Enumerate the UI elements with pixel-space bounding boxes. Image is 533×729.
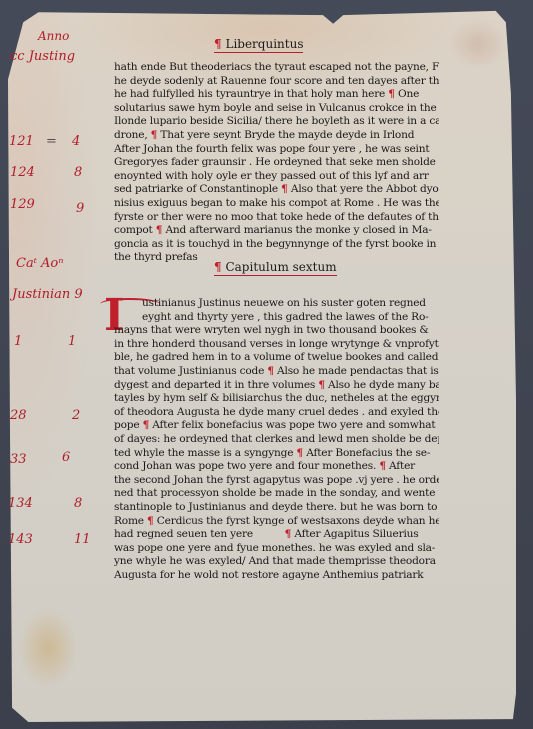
margin-year-6: 33	[10, 453, 27, 466]
text-line: ted whyle the masse is a syngynge ¶ Afte…	[114, 447, 439, 461]
text-line: Augusta for he wold not restore agayne A…	[114, 569, 439, 583]
margin-num-7: 8	[74, 497, 82, 510]
margin-year-5: 28	[10, 409, 27, 422]
margin-note-justin: cc Justing	[10, 50, 75, 63]
text-block-2: ustinianus Justinus neuewe on his suster…	[114, 297, 439, 582]
margin-num-4: 1	[68, 335, 76, 348]
text-line: goncia as it is touchyd in the begynnyng…	[114, 238, 439, 252]
text-line: yne whyle he was exyled/ And that made t…	[114, 555, 439, 569]
running-head: ¶ Liberquintus	[214, 37, 303, 53]
text-line: was pope one yere and fyue monethes. he …	[114, 542, 439, 556]
text-line: eyght and thyrty yere , this gadred the …	[114, 311, 439, 325]
margin-num-2: 8	[74, 166, 82, 179]
text-line: ustinianus Justinus neuewe on his suster…	[114, 297, 439, 311]
text-line: fyrste or ther were no moo that toke hed…	[114, 211, 439, 225]
pilcrow-icon: ¶	[285, 528, 292, 540]
text-block-1: hath ende But theoderiacs the tyraut esc…	[114, 61, 439, 265]
margin-note-justinian: Justinian 9	[12, 288, 83, 301]
margin-num-6: 6	[62, 451, 70, 464]
margin-year-4: 1	[14, 335, 22, 348]
chapter-heading: ¶ Capitulum sextum	[214, 260, 337, 276]
text-line: After Johan the fourth felix was pope fo…	[114, 143, 439, 157]
text-line: ble, he gadred hem in to a volume of twe…	[114, 351, 439, 365]
text-line: compot ¶ And afterward marianus the monk…	[114, 224, 439, 238]
margin-year-3: 129	[10, 198, 35, 211]
chapter-heading-text: Capitulum sextum	[225, 260, 336, 274]
pilcrow-icon: ¶	[281, 183, 288, 195]
text-line: stantinople to Justinianus and deyde the…	[114, 501, 439, 515]
margin-num-3: 9	[76, 202, 84, 215]
margin-note-capitulum-anno: Caᵗ Aoⁿ	[16, 257, 64, 270]
margin-num-1: 4	[72, 135, 80, 148]
text-line: he had fulfylled his tyrauntrye in that …	[114, 88, 439, 102]
text-line: cond Johan was pope two yere and four mo…	[114, 460, 439, 474]
pilcrow-icon: ¶	[151, 129, 158, 141]
text-line: that volume Justinianus code ¶ Also he m…	[114, 365, 439, 379]
margin-year-2: 124	[10, 166, 35, 179]
running-head-text: Liberquintus	[225, 37, 303, 51]
margin-note-anno: Anno	[38, 30, 69, 42]
margin-num-5: 2	[72, 409, 80, 422]
text-line: in thre honderd thousand verses in longe…	[114, 338, 439, 352]
pilcrow-icon: ¶	[156, 224, 163, 236]
text-line: solutarius sawe hym boyle and seise in V…	[114, 102, 439, 116]
pilcrow-icon: ¶	[267, 365, 274, 377]
text-line: hath ende But theoderiacs the tyraut esc…	[114, 61, 439, 75]
text-line: he deyde sodenly at Rauenne four score a…	[114, 75, 439, 89]
text-line: ned that processyon sholde be made in th…	[114, 487, 439, 501]
text-line: Rome ¶ Cerdicus the fyrst kynge of wests…	[114, 515, 439, 529]
text-line: of dayes: he ordeyned that clerkes and l…	[114, 433, 439, 447]
text-line: dygest and departed it in thre volumes ¶…	[114, 379, 439, 393]
text-line: enoynted with holy oyle er they passed o…	[114, 170, 439, 184]
text-line: Gregoryes fader graunsir . He ordeyned t…	[114, 156, 439, 170]
text-line: of theodora Augusta he dyde many cruel d…	[114, 406, 439, 420]
pilcrow-icon: ¶	[143, 419, 150, 431]
pilcrow-icon: ¶	[297, 447, 304, 459]
text-line: had regned seuen ten yere ¶ After Agapit…	[114, 528, 439, 542]
pilcrow-icon: ¶	[214, 37, 222, 51]
pilcrow-icon: ¶	[214, 260, 222, 274]
text-line: Ilonde lupario beside Sicilia/ there he …	[114, 115, 439, 129]
margin-year-8: 143	[8, 533, 33, 546]
text-line: tayles by hym self & bilisiarchus the du…	[114, 392, 439, 406]
pilcrow-icon: ¶	[388, 88, 395, 100]
text-line: mayns that were wryten wel nygh in two t…	[114, 324, 439, 338]
pilcrow-icon: ¶	[318, 379, 325, 391]
margin-year-1: 121	[9, 135, 34, 148]
text-line: the second Johan the fyrst agapytus was …	[114, 474, 439, 488]
text-line: nisius exiguus began to make his compot …	[114, 197, 439, 211]
text-line: sed patriarke of Constantinople ¶ Also t…	[114, 183, 439, 197]
text-line: drone, ¶ That yere seynt Bryde the mayde…	[114, 129, 439, 143]
text-line: pope ¶ After felix bonefacius was pope t…	[114, 419, 439, 433]
margin-equals: =	[46, 135, 57, 148]
margin-year-7: 134	[8, 497, 33, 510]
pilcrow-icon: ¶	[147, 515, 154, 527]
pilcrow-icon: ¶	[379, 460, 386, 472]
margin-num-8: 11	[74, 533, 91, 546]
